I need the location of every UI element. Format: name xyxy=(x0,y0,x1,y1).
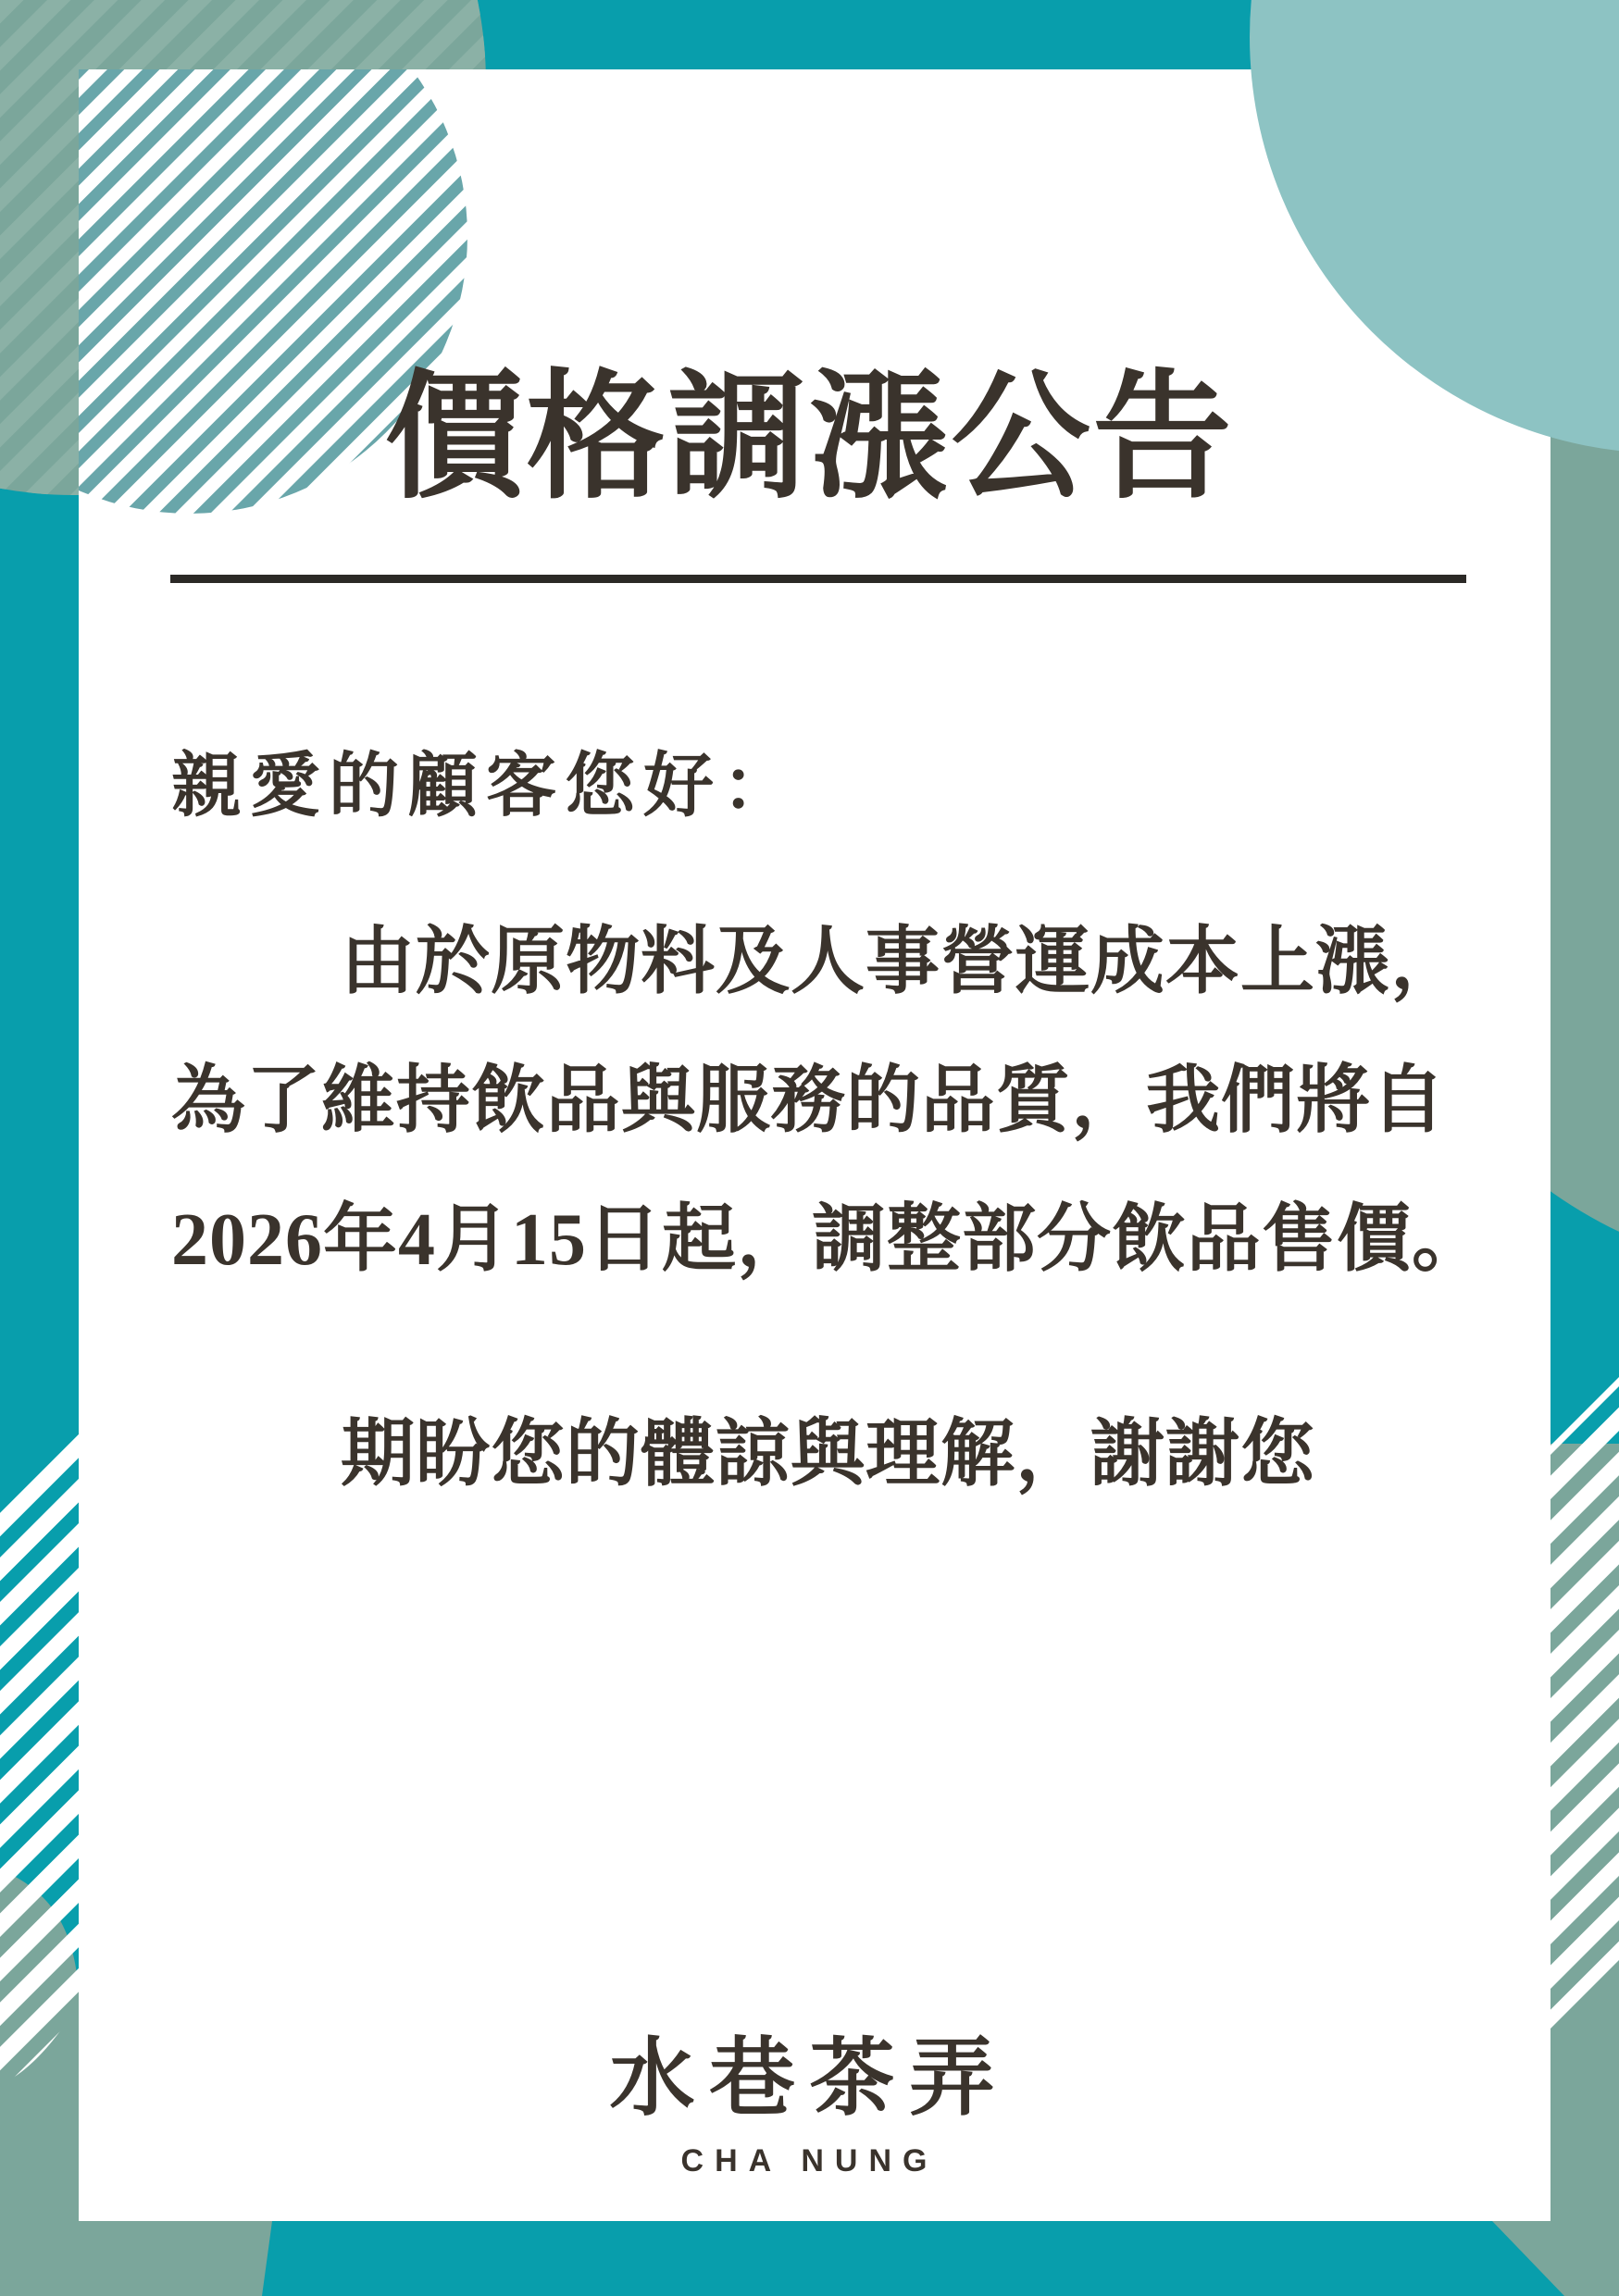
brand-latin-name: CHA NUNG xyxy=(0,2145,1619,2177)
page-title: 價格調漲公告 xyxy=(0,363,1619,515)
price-increase-poster: 價格調漲公告 親愛的顧客您好： 由於原物料及人事營運成本上漲， 為了維持飲品與服… xyxy=(0,0,1619,2296)
closing-text: 期盼您的體諒與理解，謝謝您 xyxy=(341,1418,1315,1492)
brand-logo: 水巷茶弄 xyxy=(0,2036,1619,2121)
announcement-content: 價格調漲公告 親愛的顧客您好： 由於原物料及人事營運成本上漲， 為了維持飲品與服… xyxy=(0,0,1619,2296)
title-underline xyxy=(170,575,1466,583)
body-line: 2026年4月15日起，調整部分飲品售價。 xyxy=(171,1203,1487,1277)
greeting-text: 親愛的顧客您好： xyxy=(171,751,801,822)
body-line: 為了維持飲品與服務的品質，我們將自 xyxy=(171,1064,1446,1138)
body-line: 由於原物料及人事營運成本上漲， xyxy=(341,925,1465,999)
